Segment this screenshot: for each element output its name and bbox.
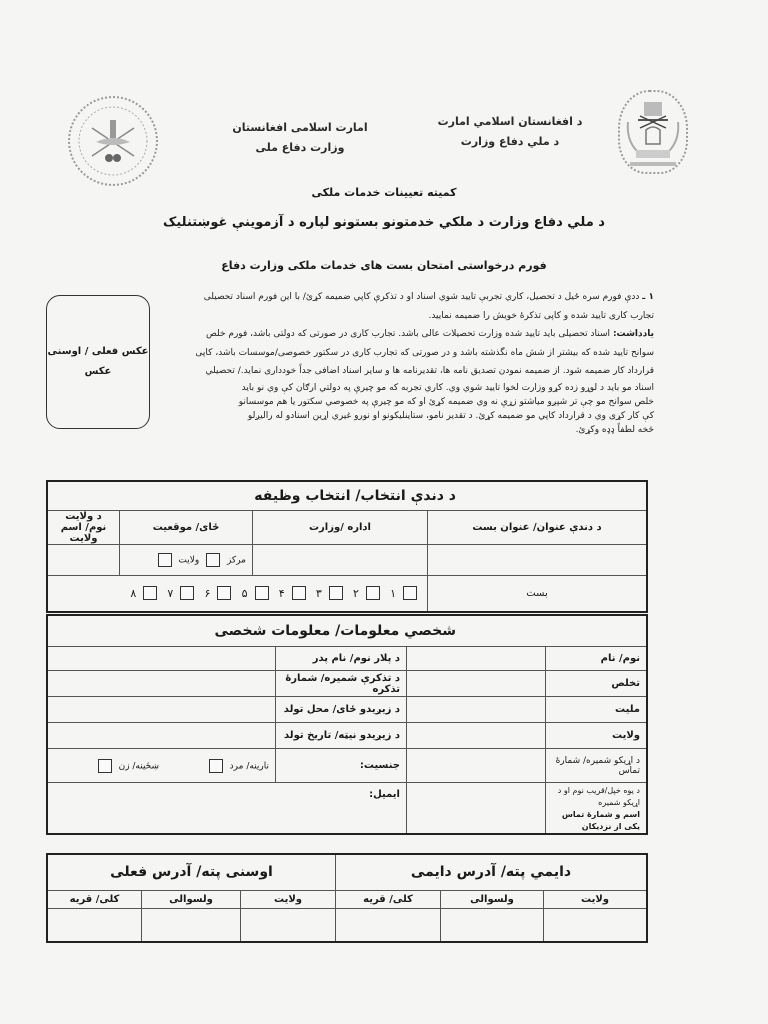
committee-title: کمیته تعیینات خدمات ملکی	[0, 186, 768, 199]
grade-label: بست	[428, 576, 648, 612]
father-name-input[interactable]	[47, 647, 276, 671]
permanent-address-title: دایمي پته/ آدرس دایمی	[336, 854, 648, 890]
nationality-label: ملیت	[546, 697, 648, 723]
address-table: دایمي پته/ آدرس دایمی اوسنی پته/ آدرس فع…	[46, 853, 648, 943]
gender-female-label: ښځینه/ زن	[119, 761, 159, 771]
grade-options: ١ ٢ ٣ ۴ ۵ ۶ ٧ ٨	[47, 576, 428, 612]
location-province-checkbox[interactable]	[158, 553, 172, 567]
grade-2-label: ٢	[353, 587, 359, 600]
grade-8-label: ٨	[130, 587, 136, 600]
grade-7-checkbox[interactable]	[180, 586, 194, 600]
tazkira-number-label: د تذکرې شمیره/ شمارهٔ تذکره	[276, 671, 407, 697]
current-village-input[interactable]	[47, 908, 142, 942]
gender-label: جنسیت:	[276, 749, 407, 783]
instruction-1-pashto: ددې فورم سره ځیل د تحصیل، کاري تجربې تای…	[204, 292, 640, 302]
email-label: ایمیل:	[369, 789, 400, 800]
nationality-input[interactable]	[407, 697, 546, 723]
grade-6-label: ۶	[205, 587, 211, 600]
contact-number-label: د اړیکو شمیره/ شمارهٔ تماس	[546, 749, 648, 783]
permanent-district-input[interactable]	[441, 908, 544, 942]
permanent-province-input[interactable]	[544, 908, 648, 942]
birthdate-input[interactable]	[47, 723, 276, 749]
note-text-1: اسناد تحصیلی باید تایید شده وزارت تحصیلا…	[206, 329, 610, 339]
grade-6-checkbox[interactable]	[217, 586, 231, 600]
current-district-input[interactable]	[142, 908, 241, 942]
grade-4-checkbox[interactable]	[292, 586, 306, 600]
province-label: ولایت	[546, 723, 648, 749]
position-section-title: د دندې انتخاب/ انتخاب وظیفه	[47, 481, 647, 511]
permanent-village-header: کلی/ قریه	[336, 890, 441, 908]
province-name-input[interactable]	[47, 545, 120, 576]
note-label: یادداشت:	[613, 329, 654, 339]
contact-number-input[interactable]	[407, 749, 546, 783]
photo-label-line1: عکس فعلی / اوسنی	[48, 342, 149, 362]
pashto-note-2: خلص سوانح مو چې تر شپږو میاشتو زړې نه وي…	[172, 395, 654, 409]
pashto-note-1: اسناد مو باید د لوړو زده کړو وزارت لخوا …	[172, 381, 654, 395]
relative-label-dari: اسم و شمارهٔ تماس یکی از نزدیکان	[552, 809, 640, 833]
column-location: ځای/ موقعیت	[120, 511, 253, 545]
ministry-of-defense-emblem-icon	[68, 96, 158, 186]
header-dari: امارت اسلامی افغانستان وزارت دفاع ملی	[220, 118, 380, 158]
grade-3-label: ٣	[316, 587, 322, 600]
grade-4-label: ۴	[279, 587, 285, 600]
name-label: نوم/ نام	[546, 647, 648, 671]
column-post-title: د دندې عنوان/ عنوان بست	[428, 511, 648, 545]
grade-7-label: ٧	[167, 587, 173, 600]
province-input[interactable]	[407, 723, 546, 749]
photo-placeholder[interactable]: عکس فعلی / اوسنی عکس	[46, 295, 150, 429]
current-province-header: ولایت	[241, 890, 336, 908]
permanent-province-header: ولایت	[544, 890, 648, 908]
current-address-title: اوسنی پته/ آدرس فعلی	[47, 854, 336, 890]
department-input[interactable]	[253, 545, 428, 576]
grade-1-label: ١	[390, 587, 396, 600]
personal-info-table: شخصي معلومات/ معلومات شخصی نوم/ نام د پل…	[46, 614, 648, 835]
post-title-input[interactable]	[428, 545, 648, 576]
instructions: ١ ـ ددې فورم سره ځیل د تحصیل، کاري تجربې…	[172, 288, 654, 437]
relative-contact-input[interactable]	[407, 783, 546, 835]
gender-options: نارینه/ مرد ښځینه/ زن	[47, 749, 276, 783]
current-village-header: کلی/ قریه	[47, 890, 142, 908]
header-pashto-line2: د ملي دفاع وزارت	[430, 132, 590, 152]
tazkira-number-input[interactable]	[47, 671, 276, 697]
relative-contact-label: د یوه خپل/قریب نوم او د اړیکو شمیره اسم …	[546, 783, 648, 835]
header-pashto: د افغانستان اسلامي امارت د ملي دفاع وزار…	[430, 112, 590, 152]
grade-5-checkbox[interactable]	[255, 586, 269, 600]
father-name-label: د پلار نوم/ نام پدر	[276, 647, 407, 671]
pashto-note-4: څخه لطفاً ډډه وکړئ.	[172, 423, 654, 437]
gender-male-label: نارینه/ مرد	[230, 761, 269, 771]
instruction-1-dari: تجارب کاری تایید شده و کاپی تذکرهٔ خویش …	[172, 307, 654, 326]
column-province: د ولایت نوم/ اسم ولایت	[47, 511, 120, 545]
location-center-label: مرکز	[227, 556, 246, 566]
instruction-number: ١ ـ	[642, 292, 654, 302]
birthplace-input[interactable]	[47, 697, 276, 723]
birthdate-label: د زیږیدو نیټه/ تاریخ تولد	[276, 723, 407, 749]
grade-5-label: ۵	[242, 587, 248, 600]
location-center-checkbox[interactable]	[206, 553, 220, 567]
grade-8-checkbox[interactable]	[143, 586, 157, 600]
header-dari-line1: امارت اسلامی افغانستان	[220, 118, 380, 138]
birthplace-label: د زیږیدو ځای/ محل تولد	[276, 697, 407, 723]
islamic-emirate-emblem-icon	[618, 90, 688, 174]
application-form-page: امارت اسلامی افغانستان وزارت دفاع ملی د …	[0, 0, 768, 1024]
surname-label: تخلص	[546, 671, 648, 697]
personal-section-title: شخصي معلومات/ معلومات شخصی	[47, 615, 647, 647]
header-dari-line2: وزارت دفاع ملی	[220, 138, 380, 158]
pashto-note-3: کې کار کړی وي د قرارداد کاپي مو ضمیمه کړ…	[172, 409, 654, 423]
note-text-3: قرارداد کار ضمیمه شود. از ضمیمه نمودن تص…	[172, 362, 654, 381]
dari-form-title: فورم درخواستی امتحان بست های خدمات ملکی …	[0, 259, 768, 272]
current-province-input[interactable]	[241, 908, 336, 942]
relative-label-pashto: د یوه خپل/قریب نوم او د اړیکو شمیره	[552, 785, 640, 809]
column-department: اداره /وزارت	[253, 511, 428, 545]
gender-female-checkbox[interactable]	[98, 759, 112, 773]
position-selection-table: د دندې انتخاب/ انتخاب وظیفه د دندې عنوان…	[46, 480, 648, 613]
permanent-village-input[interactable]	[336, 908, 441, 942]
email-field[interactable]: ایمیل:	[47, 783, 407, 835]
grade-2-checkbox[interactable]	[366, 586, 380, 600]
header-pashto-line1: د افغانستان اسلامي امارت	[430, 112, 590, 132]
location-province-label: ولایت	[178, 556, 199, 566]
current-district-header: ولسوالی	[142, 890, 241, 908]
grade-3-checkbox[interactable]	[329, 586, 343, 600]
name-input[interactable]	[407, 647, 546, 671]
surname-input[interactable]	[407, 671, 546, 697]
permanent-district-header: ولسوالی	[441, 890, 544, 908]
note-text-2: سوانح تایید شده که بیشتر از شش ماه نگذشت…	[172, 344, 654, 363]
photo-label-line2: عکس	[85, 362, 112, 382]
pashto-form-title: د ملي دفاع وزارت د ملکي خدمتونو بستونو ل…	[0, 215, 768, 230]
grade-1-checkbox[interactable]	[403, 586, 417, 600]
gender-male-checkbox[interactable]	[209, 759, 223, 773]
location-options: مرکز ولایت	[120, 545, 253, 576]
